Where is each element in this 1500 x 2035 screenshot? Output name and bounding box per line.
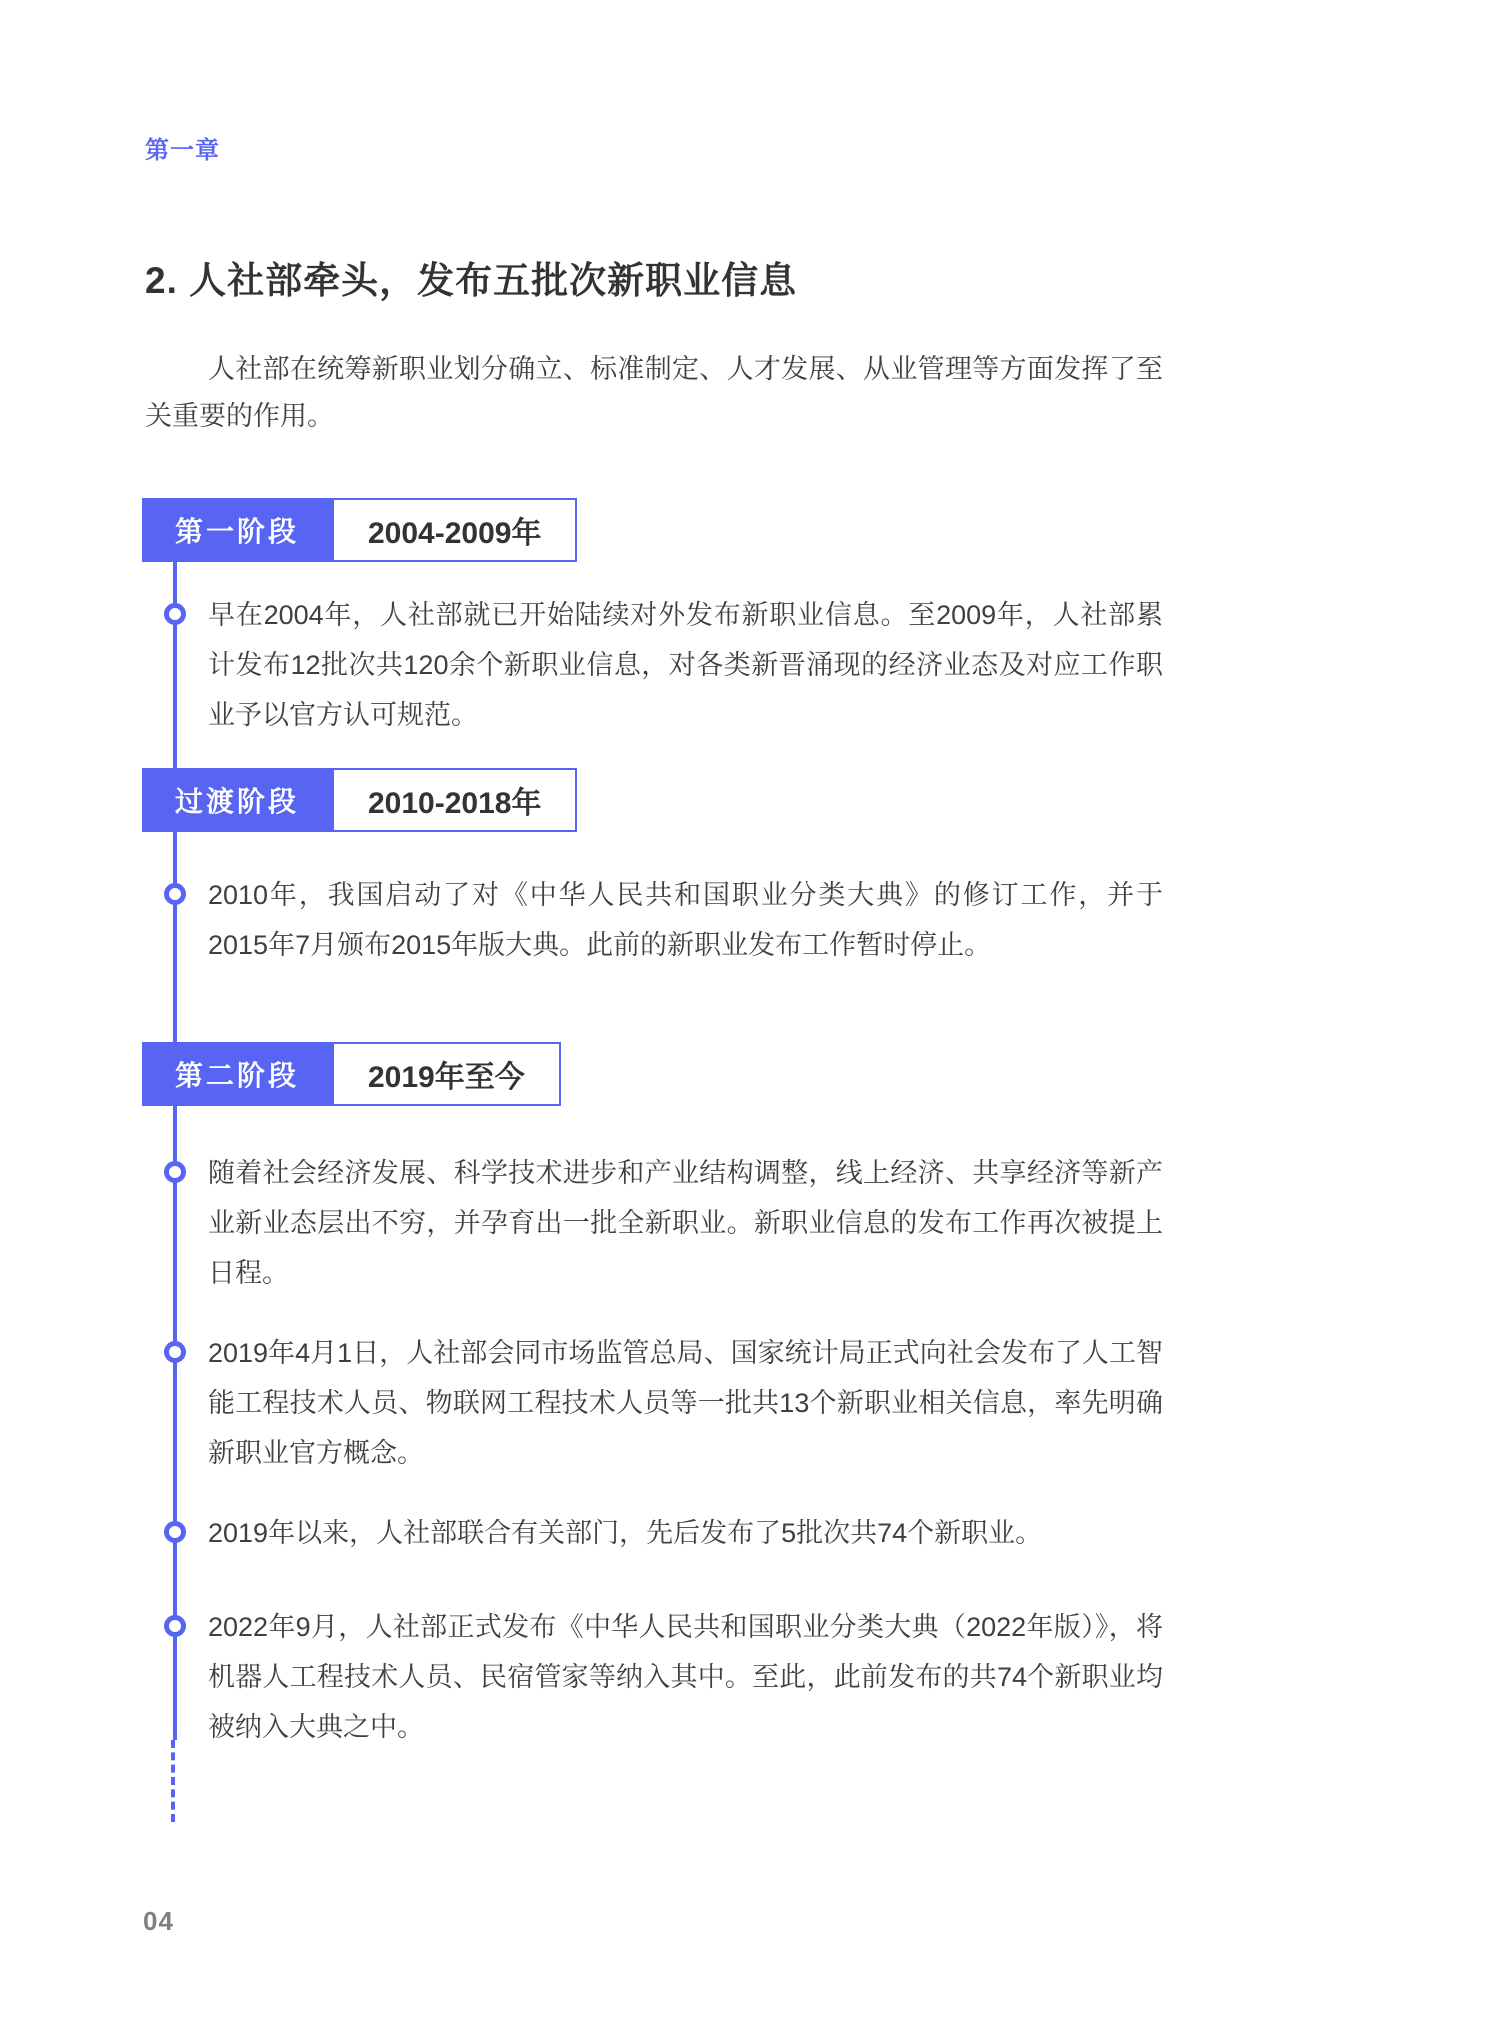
stage-header-2: 过渡阶段 2010-2018年 — [142, 768, 577, 832]
timeline-node-icon — [164, 1161, 186, 1183]
chapter-label: 第一章 — [145, 130, 220, 165]
timeline-line-dashed — [171, 1740, 175, 1822]
timeline-line — [173, 500, 177, 1740]
timeline-bullet: 早在2004年，人社部就已开始陆续对外发布新职业信息。至2009年，人社部累计发… — [208, 590, 1163, 740]
timeline-bullet: 2019年4月1日，人社部会同市场监管总局、国家统计局正式向社会发布了人工智能工… — [208, 1328, 1163, 1478]
document-page: 第一章 2. 人社部牵头，发布五批次新职业信息 人社部在统筹新职业划分确立、标准… — [0, 0, 1500, 2035]
stage-period-box: 2010-2018年 — [332, 768, 577, 832]
stage-label-badge: 过渡阶段 — [142, 768, 332, 832]
stage-period-box: 2004-2009年 — [332, 498, 577, 562]
page-title: 2. 人社部牵头，发布五批次新职业信息 — [145, 250, 797, 304]
bullet-text: 早在2004年，人社部就已开始陆续对外发布新职业信息。至2009年，人社部累计发… — [208, 600, 1163, 730]
timeline-node-icon — [164, 1615, 186, 1637]
timeline-bullet: 2010年，我国启动了对《中华人民共和国职业分类大典》的修订工作，并于2015年… — [208, 870, 1163, 970]
timeline-bullet: 2022年9月，人社部正式发布《中华人民共和国职业分类大典（2022年版）》，将… — [208, 1602, 1163, 1752]
timeline-node-icon — [164, 603, 186, 625]
bullet-text: 2010年，我国启动了对《中华人民共和国职业分类大典》的修订工作，并于2015年… — [208, 880, 1163, 960]
stage-label-badge: 第二阶段 — [142, 1042, 332, 1106]
stage-header-3: 第二阶段 2019年至今 — [142, 1042, 561, 1106]
bullet-text: 2019年以来，人社部联合有关部门，先后发布了5批次共74个新职业。 — [208, 1518, 1042, 1548]
timeline-node-icon — [164, 1341, 186, 1363]
bullet-text: 2019年4月1日，人社部会同市场监管总局、国家统计局正式向社会发布了人工智能工… — [208, 1338, 1163, 1468]
timeline-bullet: 2019年以来，人社部联合有关部门，先后发布了5批次共74个新职业。 — [208, 1508, 1163, 1558]
timeline-node-icon — [164, 883, 186, 905]
bullet-text: 随着社会经济发展、科学技术进步和产业结构调整，线上经济、共享经济等新产业新业态层… — [208, 1158, 1163, 1288]
timeline-node-icon — [164, 1521, 186, 1543]
stage-period-box: 2019年至今 — [332, 1042, 561, 1106]
timeline-bullet: 随着社会经济发展、科学技术进步和产业结构调整，线上经济、共享经济等新产业新业态层… — [208, 1148, 1163, 1298]
bullet-text: 2022年9月，人社部正式发布《中华人民共和国职业分类大典（2022年版）》，将… — [208, 1612, 1163, 1742]
stage-label-badge: 第一阶段 — [142, 498, 332, 562]
intro-paragraph: 人社部在统筹新职业划分确立、标准制定、人才发展、从业管理等方面发挥了至关重要的作… — [145, 346, 1163, 440]
stage-header-1: 第一阶段 2004-2009年 — [142, 498, 577, 562]
page-number: 04 — [143, 1906, 174, 1937]
